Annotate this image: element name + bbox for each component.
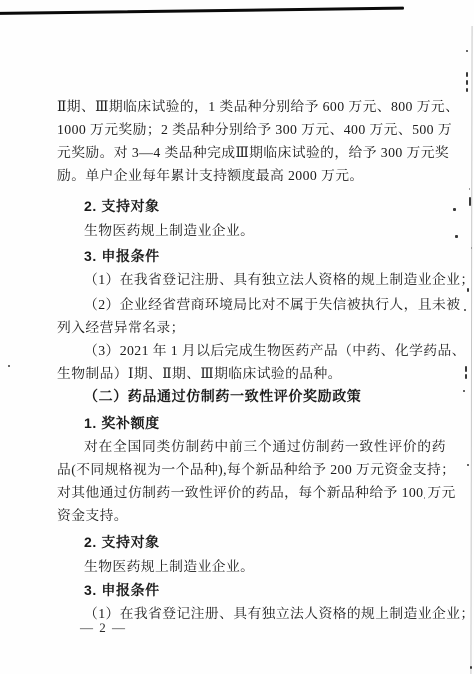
body-line: 品(不同规格视为一个品种),每个新品种给予 200 万元资金支持； xyxy=(57,458,446,481)
document-body: Ⅱ期、Ⅲ期临床试验的，1 类品种分别给予 600 万元、800 万元、 1000… xyxy=(57,95,446,625)
body-line: 列入经营异常名录； xyxy=(57,316,446,339)
heading-line: 3. 申报条件 xyxy=(57,245,446,268)
scan-speck xyxy=(467,464,469,466)
body-line: 1000 万元奖励；2 类品种分别给予 300 万元、400 万元、500 万 xyxy=(57,118,446,141)
body-line: 对在全国同类仿制药中前三个通过仿制药一致性评价的药 xyxy=(57,435,446,458)
body-line: （3）2021 年 1 月以后完成生物医药产品（中药、化学药品、 xyxy=(57,339,446,362)
scan-speck xyxy=(465,366,467,372)
page-number: — 2 — xyxy=(80,620,127,636)
body-line: 励。单户企业每年累计支持额度最高 2000 万元。 xyxy=(57,164,446,187)
scan-speck xyxy=(424,497,425,499)
scan-edge-line xyxy=(470,26,472,674)
body-line: （1）在我省登记注册、具有独立法人资格的规上制造业企业； xyxy=(57,268,446,291)
scan-speck xyxy=(469,188,470,190)
body-line: 生物制品）Ⅰ期、Ⅱ期、Ⅲ期临床试验的品种。 xyxy=(57,362,446,385)
body-line: 资金支持。 xyxy=(57,504,446,527)
body-line: Ⅱ期、Ⅲ期临床试验的，1 类品种分别给予 600 万元、800 万元、 xyxy=(57,95,446,118)
scan-border-line xyxy=(0,7,404,15)
scan-speck xyxy=(469,197,471,206)
heading-line: 1. 奖补额度 xyxy=(57,412,446,435)
scan-speck xyxy=(466,80,468,85)
body-line: 生物医药规上制造业企业。 xyxy=(57,555,446,578)
scan-speck xyxy=(466,50,468,52)
scan-speck xyxy=(467,288,469,292)
heading-line: 3. 申报条件 xyxy=(57,579,446,602)
scan-speck xyxy=(465,374,467,379)
document-page: Ⅱ期、Ⅲ期临床试验的，1 类品种分别给予 600 万元、800 万元、 1000… xyxy=(0,0,474,674)
body-line: 元奖励。对 3—4 类品种完成Ⅲ期临床试验的，给予 300 万元奖 xyxy=(57,141,446,164)
body-line: 生物医药规上制造业企业。 xyxy=(57,219,446,242)
heading-line: （二）药品通过仿制药一致性评价奖励政策 xyxy=(57,386,446,409)
scan-speck xyxy=(464,309,466,311)
body-line: （2）企业经省营商环境局比对不属于失信被执行人，且未被 xyxy=(57,293,446,316)
scan-speck xyxy=(8,365,10,367)
heading-line: 2. 支持对象 xyxy=(57,195,446,218)
body-line: 对其他通过仿制药一致性评价的药品，每个新品种给予 100 万元 xyxy=(57,481,446,504)
scan-speck xyxy=(471,247,472,249)
scan-speck xyxy=(466,88,468,92)
scan-speck xyxy=(463,390,465,392)
scan-speck xyxy=(453,208,456,211)
scan-speck xyxy=(466,72,468,77)
scan-speck xyxy=(470,666,472,669)
heading-line: 2. 支持对象 xyxy=(57,531,446,554)
scan-speck xyxy=(455,235,458,238)
